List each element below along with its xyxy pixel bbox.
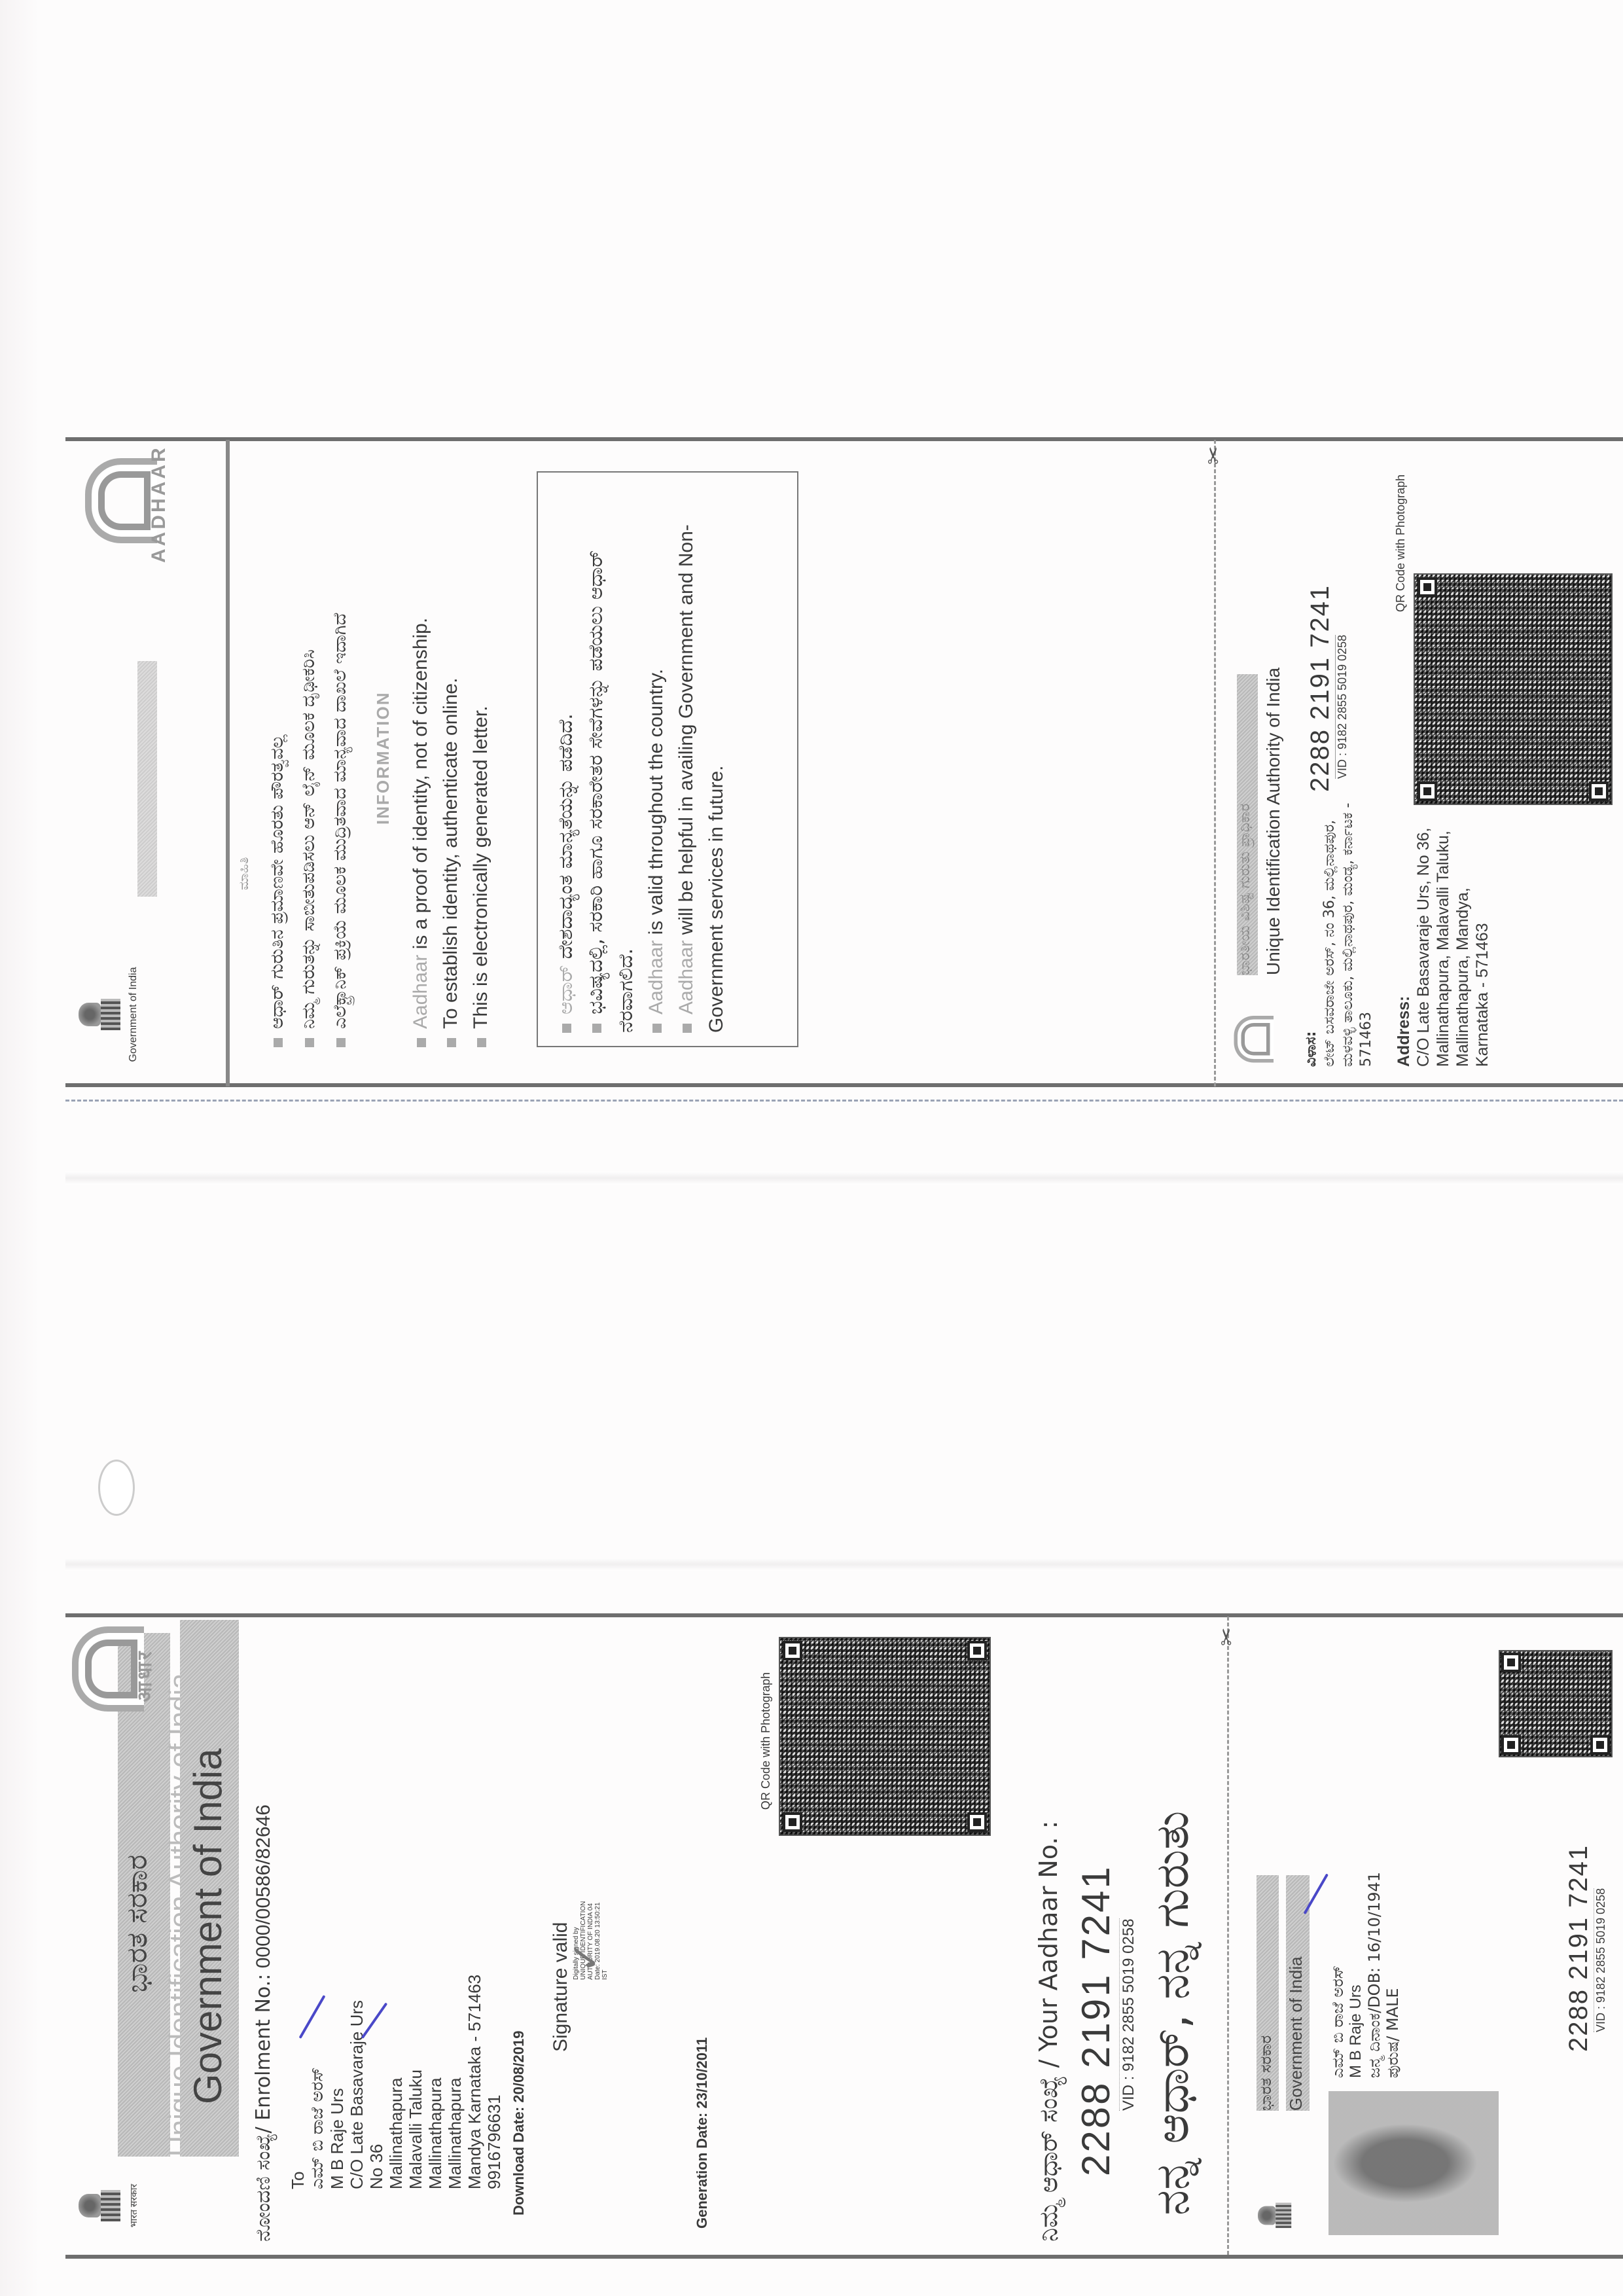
letter-vid: VID : 9182 2855 5019 0258 bbox=[1119, 1918, 1138, 2111]
info-box-item: ಆಧಾರ್ ದೇಶದಾದ್ಯಂತ ಮಾನ್ಯತೆಯನ್ನು ಪಡೆದಿದೆ. bbox=[551, 486, 581, 1033]
photo bbox=[1329, 2091, 1499, 2235]
enrolment-number: 0000/00586/82646 bbox=[253, 1804, 274, 1968]
aadhaar-number: 2288 2191 7241 bbox=[1073, 1865, 1118, 2176]
back-qr-code bbox=[1414, 573, 1613, 805]
signature-check-icon: ✓ bbox=[563, 1941, 609, 1973]
your-aadhaar-label: ನಿಮ್ಮ ಆಧಾರ್ ಸಂಖ್ಯೆ / Your Aadhaar No. : bbox=[1034, 1821, 1063, 2242]
front-gender: ಪುರುಷ/ MALE bbox=[1383, 1872, 1402, 2078]
punch-hole bbox=[98, 1460, 135, 1516]
gov-emblem-block: Government of India bbox=[79, 949, 139, 1080]
front-aadhaar-number: 2288 2191 7241 bbox=[1564, 1844, 1594, 2052]
national-emblem-icon bbox=[79, 995, 124, 1034]
faded-band bbox=[137, 661, 157, 897]
fold-crease bbox=[65, 1558, 1623, 1571]
aadhaar-logo-icon: आधार bbox=[65, 1620, 157, 1731]
header-divider bbox=[226, 440, 230, 1086]
card-cut-line bbox=[1227, 1617, 1229, 2255]
info-box-item: ಭವಿಷ್ಯದಲ್ಲಿ, ಸರಕಾರಿ ಹಾಗೂ ಸರಕಾರೇತರ ಸೇವೆಗಳ… bbox=[581, 486, 641, 1033]
national-emblem-icon bbox=[79, 2186, 124, 2225]
letter-emblem-block: भारत सरकार bbox=[79, 2170, 140, 2242]
addressee-block: To ಎಮ್ ಬಿ ರಾಜೆ ಅರಸ್ M B Raje Urs C/O Lat… bbox=[288, 1975, 504, 2189]
info-box-item: Aadhaar will be helpful in availing Gove… bbox=[671, 486, 732, 1033]
front-details: ಎಮ್ ಬಿ ರಾಜೆ ಅರಸ್ M B Raje Urs ಜನ್ಮ ದಿನಾಂ… bbox=[1329, 1872, 1402, 2078]
download-date: Download Date: 20/08/2019 bbox=[510, 2031, 527, 2215]
info-kn-item: ಆಧಾರ್ ಗುರುತಿನ ಪ್ರಮಾಣವೇ ಹೊರತು ಪೌರತ್ವವಲ್ಲ bbox=[262, 445, 293, 1047]
national-emblem-icon bbox=[1258, 2200, 1294, 2231]
header-band-2: Government of India bbox=[180, 1620, 239, 2157]
panel-bottom-rule bbox=[65, 2255, 1623, 2259]
info-en-list: Aadhaar is a proof of identity, not of c… bbox=[406, 445, 496, 1047]
generation-date: Generation Date: 23/10/2011 bbox=[694, 2037, 711, 2229]
front-dob: ಜನ್ಮ ದಿನಾಂಕ/DOB: 16/10/1941 bbox=[1365, 1872, 1383, 2078]
info-en-item: This is electronically generated letter. bbox=[466, 445, 496, 1047]
back-authority-kn: ಭಾರತೀಯ ವಿಶಿಷ್ಟ ಗುರುತು ಪ್ರಾಧಿಕಾರ bbox=[1237, 674, 1258, 975]
back-address-en: Address: C/O Late Basavaraje Urs, No 36,… bbox=[1394, 792, 1492, 1067]
gov-label-hi: भारत सरकार bbox=[128, 2170, 140, 2242]
back-vid: VID : 9182 2855 5019 0258 bbox=[1335, 635, 1349, 779]
info-en-item: Aadhaar is a proof of identity, not of c… bbox=[406, 445, 436, 1047]
back-authority-en: Unique Identification Authority of India bbox=[1263, 668, 1284, 975]
scissors-icon: ✂ bbox=[1201, 446, 1227, 465]
info-en-item: To establish identity, authenticate onli… bbox=[436, 445, 466, 1047]
header-issuer-kn: ಭಾರತ ಸರಕಾರ bbox=[120, 1855, 154, 1993]
aadhaar-logo-text: आधार bbox=[130, 1620, 157, 1731]
info-heading-en: INFORMATION bbox=[373, 692, 393, 825]
aadhaar-logo-text: AADHAAR bbox=[148, 452, 170, 563]
back-qr-caption: QR Code with Photograph bbox=[1394, 445, 1408, 641]
info-box: ಆಧಾರ್ ದೇಶದಾದ್ಯಂತ ಮಾನ್ಯತೆಯನ್ನು ಪಡೆದಿದೆ. ಭ… bbox=[537, 471, 798, 1047]
back-address-kn: ವಿಳಾಸ: ಲೇಟ್ ಬಸವರಾಜೇ ಅರಸ್, ನಂ 36, ಮಲ್ಲಿನಾ… bbox=[1302, 792, 1376, 1067]
front-vid: VID : 9182 2855 5019 0258 bbox=[1594, 1888, 1608, 2032]
info-panel: Government of India AADHAAR ಮಾಹಿತಿ ಆಧಾರ್… bbox=[65, 440, 1623, 1086]
aadhaar-logo-icon: AADHAAR bbox=[79, 452, 170, 563]
aadhaar-small-logo-icon bbox=[1230, 1013, 1281, 1074]
qr-caption: QR Code with Photograph bbox=[759, 1633, 773, 1849]
letter-qr-code bbox=[779, 1637, 991, 1836]
scissors-icon: ✂ bbox=[1214, 1628, 1240, 1647]
info-kn-list: ಆಧಾರ್ ಗುರುತಿನ ಪ್ರಮಾಣವೇ ಹೊರತು ಪೌರತ್ವವಲ್ಲ … bbox=[262, 445, 356, 1047]
info-kn-item: ನಿಮ್ಮ ಗುರುತನ್ನು ಸಾಬೀತುಪಡಿಸಲು ಆನ್ ಲೈನ್ ಮೂ… bbox=[293, 445, 325, 1047]
card-cut-line bbox=[1214, 440, 1216, 1086]
front-qr-code bbox=[1499, 1650, 1613, 1757]
info-kn-item: ಎಲೆಕ್ಟ್ರಾನಿಕ್ ಪ್ರಕ್ರಿಯೆ ಮೂಲಕ ಮುದ್ರಿತವಾದ … bbox=[325, 445, 356, 1047]
letter-slogan: ನನ್ನ ಆಧಾರ್, ನನ್ನ ಗುರುತು bbox=[1145, 1811, 1200, 2215]
header-issuer-en: Government of India bbox=[185, 1748, 230, 2104]
fold-crease bbox=[65, 1172, 1623, 1185]
info-heading-kn: ಮಾಹಿತಿ bbox=[236, 857, 251, 890]
enrolment-line: ನೋಂದಣಿ ಸಂಖ್ಯೆ/ Enrolment No.: 0000/00586… bbox=[252, 1804, 275, 2242]
front-issuer-kn: ಭಾರತ ಸರಕಾರ bbox=[1257, 1875, 1279, 2111]
letter-panel: भारत सरकार ಭಾರತ ಸರಕಾರ Unique Identificat… bbox=[65, 1617, 1623, 2255]
info-box-item: Aadhaar is valid throughout the country. bbox=[641, 486, 671, 1033]
gov-label: Government of India bbox=[128, 949, 139, 1080]
cut-line bbox=[65, 1100, 1623, 1102]
back-aadhaar-number: 2288 2191 7241 bbox=[1306, 584, 1335, 792]
front-name: M B Raje Urs bbox=[1347, 1872, 1365, 2078]
